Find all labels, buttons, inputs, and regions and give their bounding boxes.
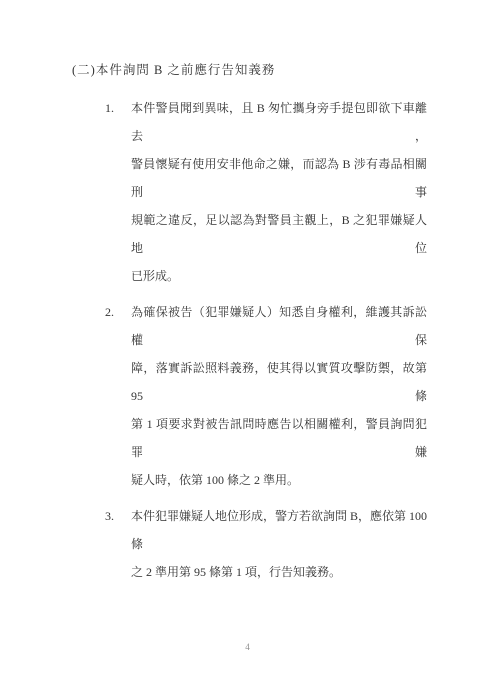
section-heading: (二)本件詢問 B 之前應行告知義務 [72, 61, 275, 79]
list-item-text: 本件犯罪嫌疑人地位形成，警方若欲詢問 B，應依第 100 條 之 2 準用第 9… [131, 502, 427, 586]
text-line: 規範之違反，足以認為對警員主觀上，B 之犯罪嫌疑人地位 [131, 206, 427, 262]
list-item-text: 為確保被告（犯罪嫌疑人）知悉自身權利，維護其訴訟權保 障，落實訴訟照料義務，使其… [131, 298, 427, 494]
text-line: 第 1 項要求對被告訊問時應告以相關權利，警員詢問犯罪嫌 [131, 410, 427, 466]
text-line: 警員懷疑有使用安非他命之嫌，而認為 B 涉有毒品相關刑事 [131, 150, 427, 206]
list-item: 1. 本件警員聞到異味，且 B 匆忙攜身旁手提包即欲下車離去， 警員懷疑有使用安… [105, 94, 427, 290]
text-line: 本件犯罪嫌疑人地位形成，警方若欲詢問 B，應依第 100 條 [131, 502, 427, 558]
text-line: 本件警員聞到異味，且 B 匆忙攜身旁手提包即欲下車離去， [131, 94, 427, 150]
text-line: 已形成。 [131, 262, 427, 290]
text-line: 為確保被告（犯罪嫌疑人）知悉自身權利，維護其訴訟權保 [131, 298, 427, 354]
list-item-number: 2. [105, 298, 131, 494]
list-item: 3. 本件犯罪嫌疑人地位形成，警方若欲詢問 B，應依第 100 條 之 2 準用… [105, 502, 427, 586]
list-item-number: 1. [105, 94, 131, 290]
page-number: 4 [0, 642, 495, 652]
text-line: 疑人時，依第 100 條之 2 準用。 [131, 466, 427, 494]
list-item: 2. 為確保被告（犯罪嫌疑人）知悉自身權利，維護其訴訟權保 障，落實訴訟照料義務… [105, 298, 427, 494]
list-item-number: 3. [105, 502, 131, 586]
document-page: (二)本件詢問 B 之前應行告知義務 1. 本件警員聞到異味，且 B 匆忙攜身旁… [0, 0, 495, 700]
text-line: 障，落實訴訟照料義務，使其得以實質攻擊防禦，故第 95 條 [131, 354, 427, 410]
numbered-list: 1. 本件警員聞到異味，且 B 匆忙攜身旁手提包即欲下車離去， 警員懷疑有使用安… [105, 94, 427, 594]
list-item-text: 本件警員聞到異味，且 B 匆忙攜身旁手提包即欲下車離去， 警員懷疑有使用安非他命… [131, 94, 427, 290]
text-line: 之 2 準用第 95 條第 1 項，行告知義務。 [131, 558, 427, 586]
